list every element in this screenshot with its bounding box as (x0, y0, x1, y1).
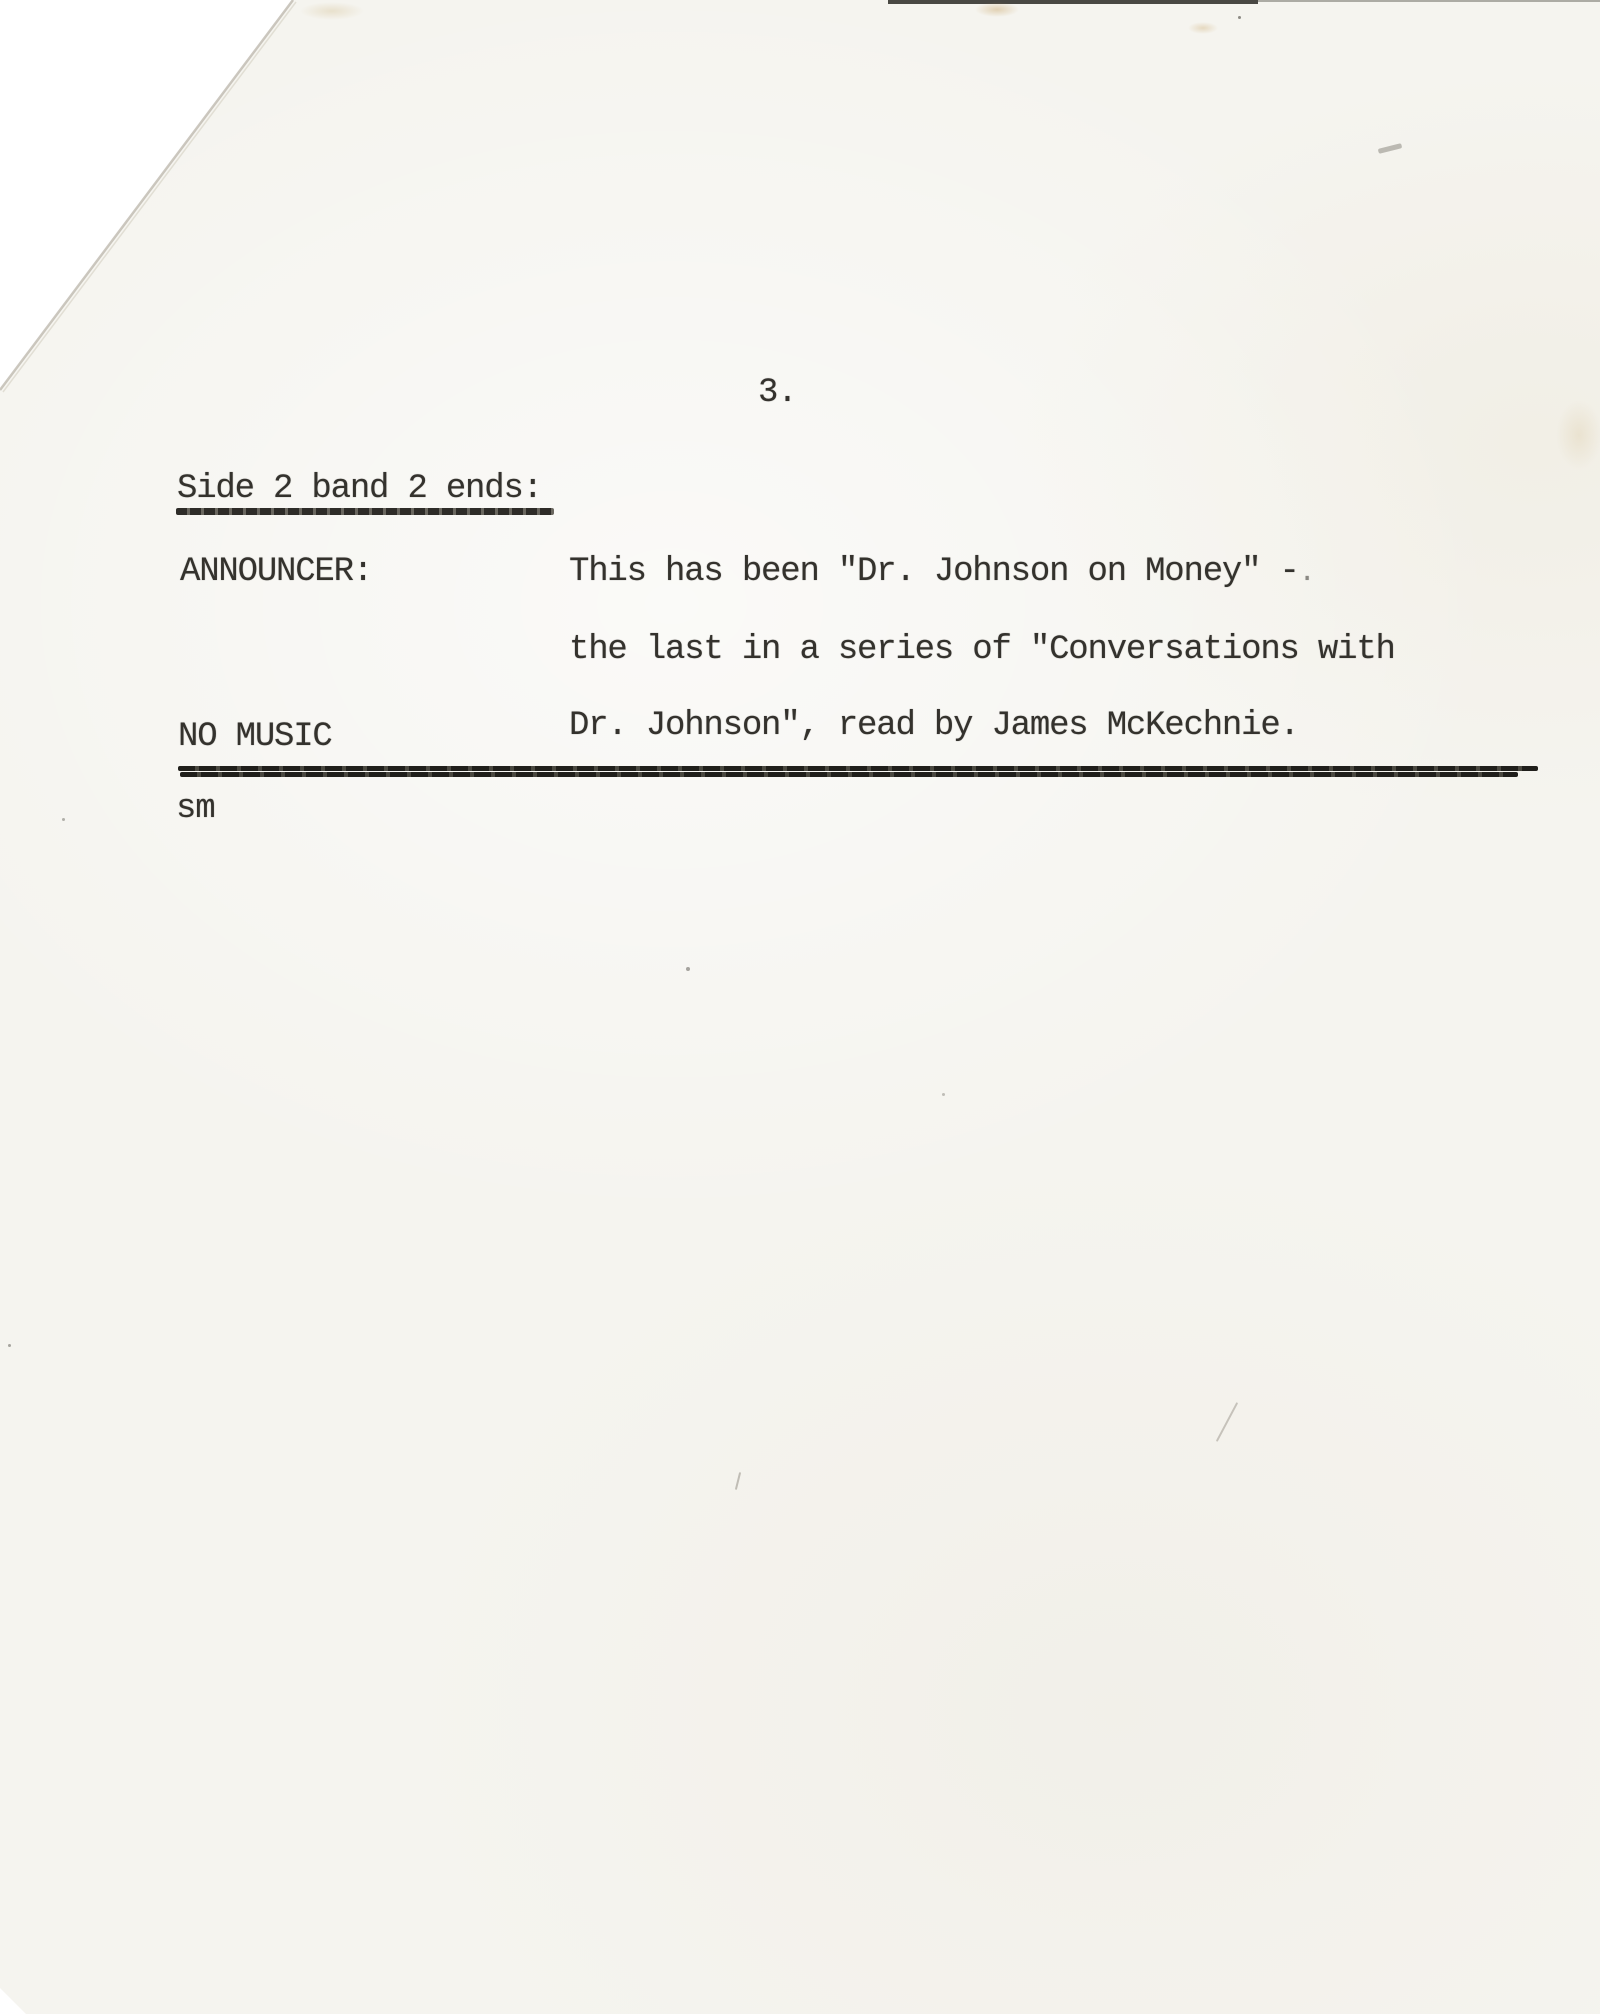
paper-speck (942, 1093, 945, 1096)
announcer-line-1: This has been "Dr. Johnson on Money" -. (569, 553, 1314, 591)
paper-sheet (0, 0, 1600, 2014)
announcer-line-3: Dr. Johnson", read by James McKechnie. (569, 707, 1299, 745)
paper-speck (62, 818, 65, 821)
paper-speck (8, 1344, 11, 1347)
music-cue-note: NO MUSIC (178, 718, 332, 756)
scanned-script-page: 3. Side 2 band 2 ends: ANNOUNCER: This h… (0, 0, 1600, 2014)
section-rule-top (178, 766, 1538, 771)
scan-top-edge-line (888, 0, 1258, 4)
announcer-dialogue: This has been "Dr. Johnson on Money" -. … (569, 553, 1395, 745)
typist-initials: sm (176, 790, 214, 828)
announcer-line-2: the last in a series of "Conversations w… (569, 631, 1395, 669)
section-rule-bottom (180, 772, 1518, 777)
announcer-label: ANNOUNCER: (180, 553, 372, 591)
page-number: 3. (758, 374, 796, 412)
paper-speck (1238, 16, 1241, 19)
paper-speck (686, 967, 690, 971)
cue-heading: Side 2 band 2 ends: (177, 470, 542, 508)
stray-ink-dot: . (1299, 558, 1315, 589)
cue-heading-underline (176, 508, 554, 515)
scan-top-edge-line-faint (1258, 0, 1600, 2)
